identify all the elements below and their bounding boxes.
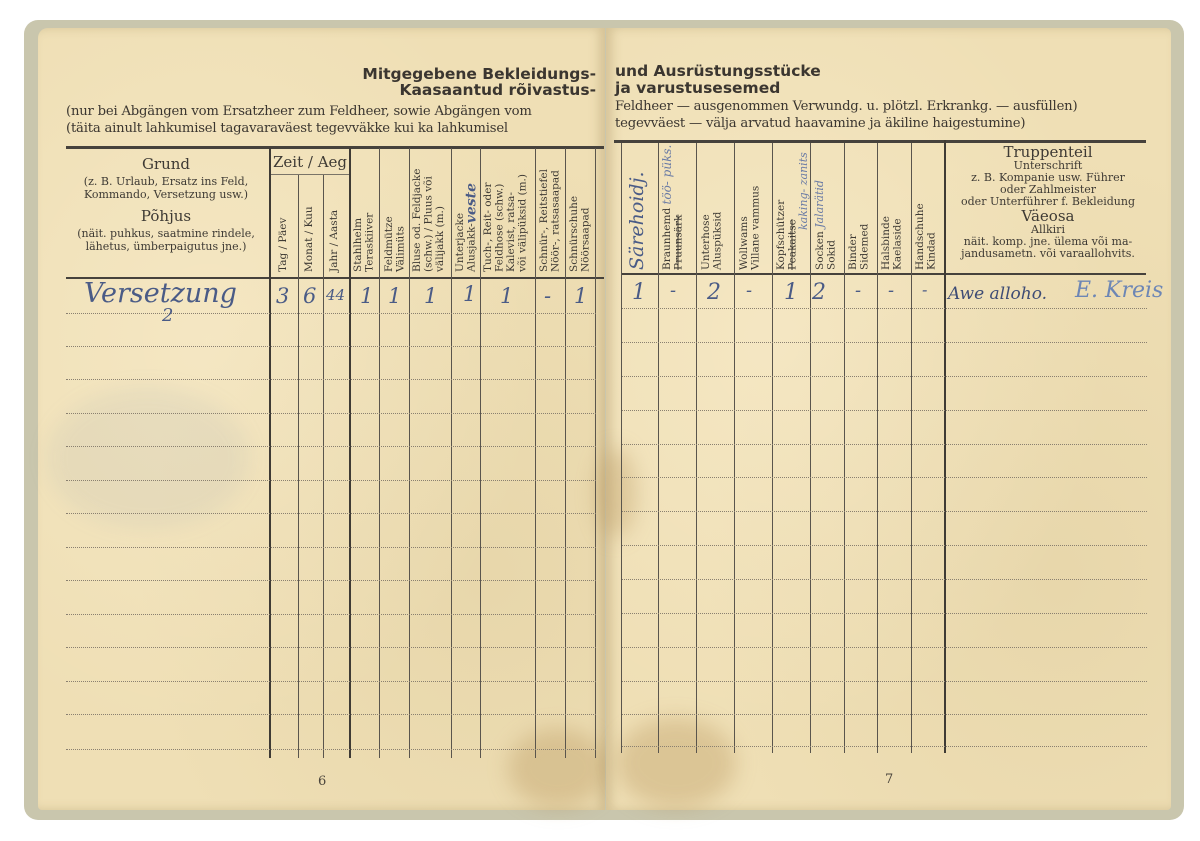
entry-right-value: - [855, 280, 861, 301]
col-handschuhe-de: Handschuhe [914, 203, 926, 270]
zeit-monat-label: Monat / Kuu [304, 192, 316, 272]
table-top-rule-left [66, 146, 604, 149]
col-feldmuetze-et: Välimüts [395, 226, 407, 272]
entry-left-value: 1 [500, 284, 513, 308]
row-line [622, 477, 1147, 478]
entry-right-value: - [922, 280, 927, 299]
col-kopfschuetzer-handwritten: kaking- zanits [797, 150, 810, 230]
entry-grund: Versetzung [84, 278, 237, 309]
col-handschuhe-et: Kindad [926, 232, 938, 270]
col-stiefel: Schnür-, Reitstiefel Nöör-, ratsasaapad [539, 152, 562, 272]
col-bluse: Bluse od. Feldjacke (schw.) / Pluus või … [412, 152, 447, 272]
entry-right-value: - [670, 280, 676, 301]
col-line [535, 148, 536, 758]
col-line [349, 148, 351, 758]
page-number-right: 7 [885, 772, 893, 787]
entry-right-value: 1 [784, 280, 798, 305]
col-line [323, 175, 324, 758]
col-line [772, 143, 773, 753]
col-unterhose-de: Unterhose [700, 214, 712, 270]
col-unterjacke-handwritten: veste [464, 183, 480, 223]
col-stiefel-de: Schnür-, Reitstiefel [538, 169, 550, 272]
entry-left-value: 1 [463, 282, 476, 306]
col-stahlhelm-et: Teraskiiver [364, 213, 376, 272]
col-line [409, 148, 410, 758]
col-line [451, 148, 452, 758]
row-line [622, 444, 1147, 445]
entry-right-value: - [746, 280, 752, 301]
col-socken-handwritten: Jalarätid [813, 180, 826, 228]
truppenteil-title-de: Truppenteil [946, 144, 1150, 160]
col-schnuerschuhe-et: Nöörsaapad [580, 208, 592, 272]
col-kopfschuetzer-de: Kopfschützer [775, 200, 787, 270]
instruction-right-et: tegevväest — välja arvatud haavamine ja … [615, 115, 1025, 132]
row-line [66, 313, 596, 314]
row-line [66, 379, 596, 380]
heading-left-et: Kaasaantud rõivastus- [399, 82, 596, 99]
row-line [66, 714, 596, 715]
col-halsbinde: Halsbinde Kaelaside [881, 150, 904, 270]
col-line [877, 143, 878, 753]
col-line [911, 143, 912, 753]
col-socken-de: Socken [814, 231, 826, 270]
col-binder-de: Binder [847, 234, 859, 270]
col-hose-et2: või välipüksid (m.) [517, 174, 529, 272]
row-line [66, 614, 596, 615]
col-halsbinde-et: Kaelaside [892, 218, 904, 270]
col-socken-et: Sokid [826, 240, 838, 270]
heading-right-et: ja varustusesemed [615, 80, 780, 97]
col-bluse-de: Bluse od. Feldjacke [411, 169, 423, 272]
truppenteil-header: Truppenteil Unterschrift z. B. Kompanie … [946, 144, 1150, 260]
heading-right-de: und Ausrüstungsstücke [615, 63, 821, 80]
row-line [622, 579, 1147, 580]
entry-left-value: 1 [360, 284, 373, 308]
col-line [480, 148, 481, 758]
col-wollwams-et: Villane vammus [750, 186, 762, 270]
entry-right-value: - [888, 280, 894, 301]
row-line [66, 647, 596, 648]
zeit-jahr-label: Jahr / Aasta [329, 192, 341, 272]
col-wollwams: Wollwams Villane vammus [739, 150, 762, 270]
col-feldmuetze-de: Feldmütze [383, 216, 395, 272]
entry-signature-name: E. Kreis [1075, 278, 1163, 303]
col-line [696, 143, 697, 753]
row-line [66, 346, 596, 347]
col-hose-et: Kalevist, ratsa- [505, 192, 517, 272]
header-bottom-rule-right [622, 273, 1146, 275]
row-line [622, 647, 1147, 648]
col-socken: Socken Jalarätid Sokid [814, 150, 838, 270]
truppenteil-title-et: Väeosa [946, 208, 1150, 224]
entry-right-value: 2 [707, 280, 721, 305]
col-schnuerschuhe: Schnürschuhe Nöörsaapad [569, 152, 592, 272]
entry-jahr: 44 [326, 286, 345, 304]
row-line [622, 342, 1147, 343]
entry-left-value: - [544, 284, 551, 308]
row-line [622, 410, 1147, 411]
row-line [66, 446, 596, 447]
row-line [66, 480, 596, 481]
col-braunhemd-handwritten: töö- püks. [660, 145, 674, 205]
entry-left-value: 1 [424, 284, 437, 308]
row-line [622, 681, 1147, 682]
entry-monat: 6 [303, 284, 316, 308]
grund-header: Grund (z. B. Urlaub, Ersatz ins Feld, Ko… [66, 155, 266, 253]
col-line [810, 143, 811, 753]
row-line [622, 746, 1147, 747]
col-line [379, 148, 380, 758]
row-line [622, 376, 1147, 377]
row-line [66, 413, 596, 414]
grund-title-de: Grund [66, 155, 266, 173]
instruction-left-et: (täita ainult lahkumisel tagavaraväest t… [66, 120, 508, 137]
col-line [844, 143, 845, 753]
col-line [298, 175, 299, 758]
entry-right-value: 2 [812, 280, 826, 305]
entry-left-value: 1 [574, 284, 587, 308]
entry-left-value: 1 [388, 284, 401, 308]
col-kopfschuetzer: Kopfschützer Peakaitse [776, 150, 799, 270]
zeit-subrule [271, 174, 349, 175]
col-braunhemd: Braunhemd töö- püks. Pruunsärk [662, 150, 685, 270]
col-unterhose: Unterhose Aluspüksid [701, 150, 724, 270]
col-hose-de: Tuch-, Reit- oder [482, 183, 494, 273]
col-halsbinde-de: Halsbinde [880, 216, 892, 270]
zeit-tag-label: Tag / Päev [278, 200, 290, 272]
row-line [66, 681, 596, 682]
col-braunhemd-de: Braunhemd [661, 208, 673, 270]
grund-title-et: Põhjus [66, 207, 266, 225]
zeit-header: Zeit / Aeg [270, 153, 350, 171]
instruction-left-de: (nur bei Abgängen vom Ersatzheer zum Fel… [66, 103, 532, 120]
grund-desc-et: (näit. puhkus, saatmine rindele, lähetus… [72, 228, 260, 253]
col-hose-de2: Feldhose (schw.) [494, 184, 506, 272]
col-handschuhe: Handschuhe Kindad [915, 150, 938, 270]
row-line [622, 511, 1147, 512]
row-line [66, 749, 596, 750]
entry-right-value: 1 [632, 280, 646, 305]
col-unterjacke: Unterjacke Alusjakk-veste [455, 152, 478, 272]
col-stahlhelm-de: Stahlhelm [352, 218, 364, 272]
grund-desc-de: (z. B. Urlaub, Ersatz ins Feld, Kommando… [76, 176, 256, 201]
col-feldmuetze: Feldmütze Välimüts [384, 152, 407, 272]
row-line [66, 580, 596, 581]
col-braunhemd-et-struck: Pruunsärk [673, 215, 685, 270]
page-number-left: 6 [318, 774, 326, 789]
entry-grund-mark: 2 [162, 305, 173, 326]
truppenteil-desc-et2: jandusametn. või varaallohvits. [946, 248, 1150, 260]
row-line [66, 547, 596, 548]
col-bluse-de2: (schw.) / Pluus või [423, 176, 435, 272]
col-binder-et: Sidemed [859, 224, 871, 270]
col-saerehoidja-handwritten: Särehoidj. [626, 150, 648, 270]
row-line [66, 513, 596, 514]
instruction-right-de: Feldheer — ausgenommen Verwundg. u. plöt… [615, 98, 1077, 115]
col-bluse-et: välijakk (m.) [434, 206, 446, 272]
col-line [734, 143, 735, 753]
col-line [565, 148, 566, 758]
entry-signature: Awe alloho. [948, 284, 1047, 304]
row-line [622, 308, 1147, 309]
col-line [269, 148, 271, 758]
row-line [622, 613, 1147, 614]
col-stiefel-et: Nöör-, ratsasaapad [550, 170, 562, 272]
col-schnuerschuhe-de: Schnürschuhe [568, 196, 580, 272]
col-unterjacke-et: Alusjakk- [466, 223, 478, 272]
col-line [621, 143, 622, 753]
col-hose: Tuch-, Reit- oder Feldhose (schw.) Kalev… [483, 152, 529, 272]
entry-tag: 3 [276, 284, 289, 308]
row-line [622, 545, 1147, 546]
col-stahlhelm: Stahlhelm Teraskiiver [353, 152, 376, 272]
zeit-title: Zeit / Aeg [270, 153, 350, 171]
col-wollwams-de: Wollwams [738, 216, 750, 270]
col-line [658, 143, 659, 753]
row-line [622, 714, 1147, 715]
col-binder: Binder Sidemed [848, 150, 871, 270]
col-unterhose-et: Aluspüksid [712, 212, 724, 270]
col-line [595, 148, 596, 758]
